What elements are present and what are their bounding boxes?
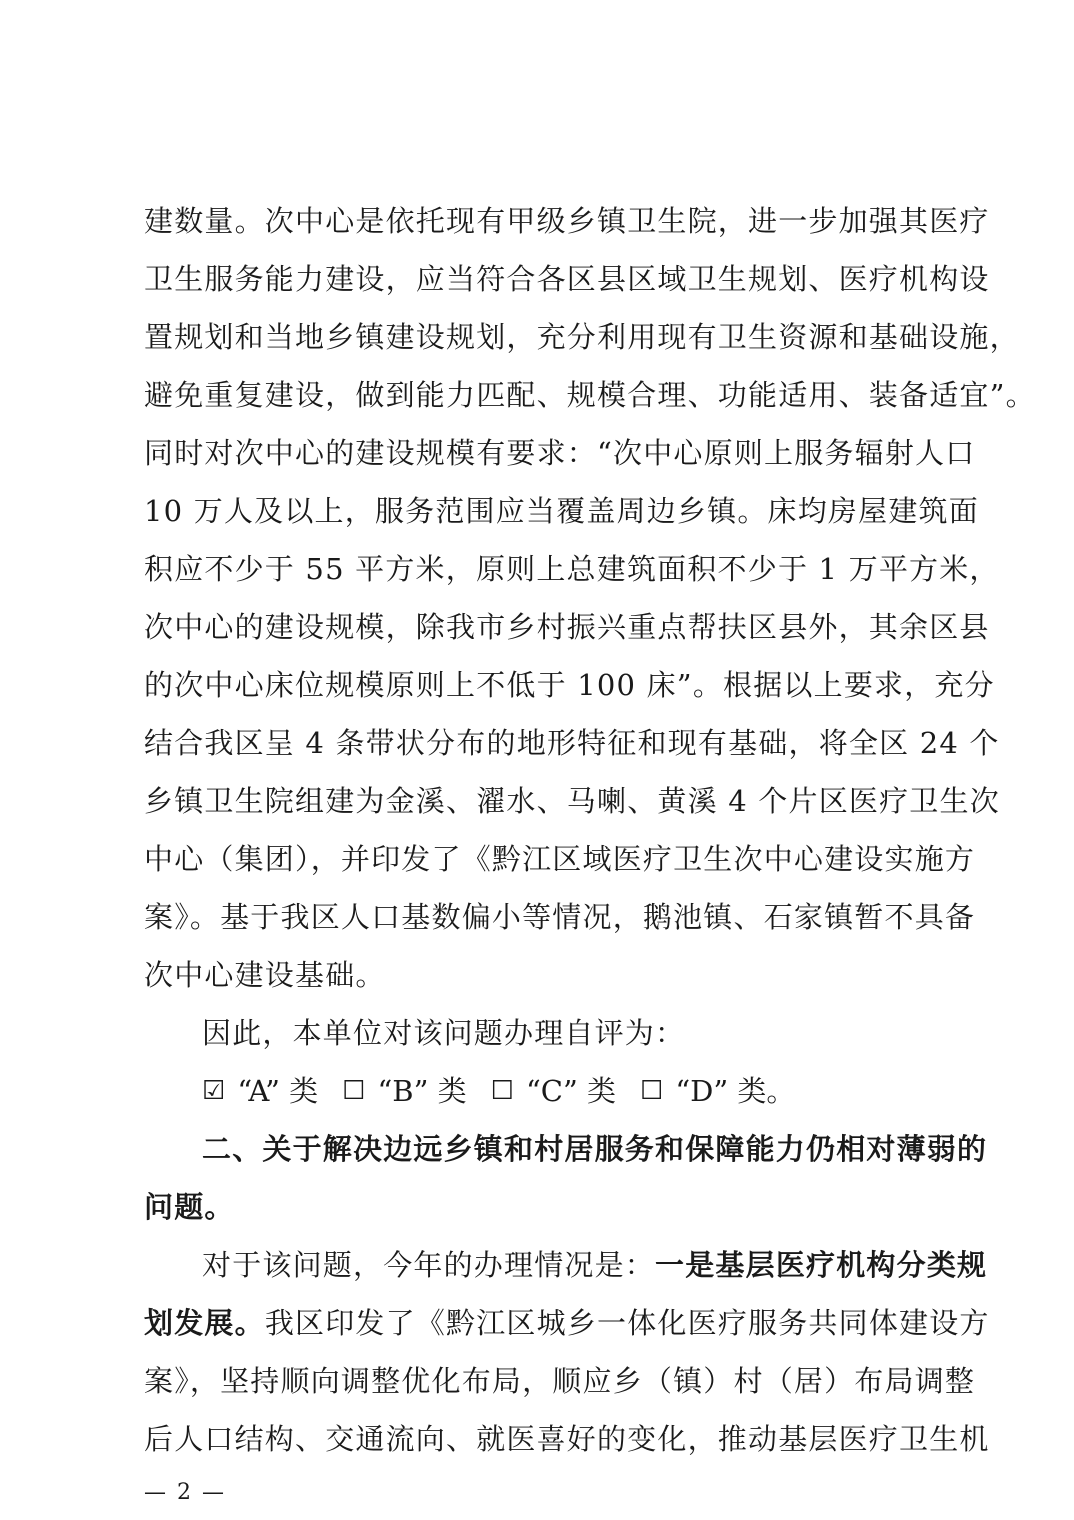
para2-line2: 划发展。我区印发了《黔江区城乡一体化医疗服务共同体建设方 <box>144 1303 944 1343</box>
section-heading: 二、关于解决边远乡镇和村居服务和保障能力仍相对薄弱的 <box>202 1129 944 1169</box>
body-line: 建数量。次中心是依托现有甲级乡镇卫生院，进一步加强其医疗 <box>144 201 944 241</box>
body-line: 同时对次中心的建设规模有要求：“次中心原则上服务辐射人口 <box>144 433 944 473</box>
body-line: 10 万人及以上，服务范围应当覆盖周边乡镇。床均房屋建筑面 <box>144 491 944 531</box>
para2-bold-text: 划发展。 <box>144 1306 265 1340</box>
body-line: 案》，坚持顺向调整优化布局，顺应乡（镇）村（居）布局调整 <box>144 1361 944 1401</box>
checkbox-checked-icon[interactable]: ☑ <box>202 1071 225 1111</box>
section-heading-cont: 问题。 <box>144 1187 944 1227</box>
body-line: 后人口结构、交通流向、就医喜好的变化，推动基层医疗卫生机 <box>144 1419 944 1459</box>
body-line: 乡镇卫生院组建为金溪、濯水、马喇、黄溪 4 个片区医疗卫生次 <box>144 781 944 821</box>
para2-bold-text: 一是基层医疗机构分类规 <box>655 1248 987 1282</box>
rating-b-label: “B” 类 <box>377 1071 466 1111</box>
checkbox-empty-icon[interactable]: ☐ <box>342 1071 365 1111</box>
rating-options: ☑ “A” 类 ☐ “B” 类 ☐ “C” 类 ☐ “D” 类。 <box>202 1071 944 1111</box>
checkbox-empty-icon[interactable]: ☐ <box>491 1071 514 1111</box>
self-eval-intro: 因此，本单位对该问题办理自评为： <box>202 1013 944 1053</box>
body-line: 积应不少于 55 平方米，原则上总建筑面积不少于 1 万平方米， <box>144 549 944 589</box>
body-line: 次中心建设基础。 <box>144 955 944 995</box>
body-line: 次中心的建设规模，除我市乡村振兴重点帮扶区县外，其余区县 <box>144 607 944 647</box>
body-line: 置规划和当地乡镇建设规划，充分利用现有卫生资源和基础设施， <box>144 317 944 357</box>
rating-a-label: “A” 类 <box>237 1071 318 1111</box>
rating-c-label: “C” 类 <box>526 1071 616 1111</box>
body-line: 避免重复建设，做到能力匹配、规模合理、功能适用、装备适宜”。 <box>144 375 944 415</box>
body-line: 的次中心床位规模原则上不低于 100 床”。根据以上要求，充分 <box>144 665 944 705</box>
body-line: 结合我区呈 4 条带状分布的地形特征和现有基础，将全区 24 个 <box>144 723 944 763</box>
para2-text: 对于该问题，今年的办理情况是： <box>202 1248 655 1282</box>
body-line: 案》。基于我区人口基数偏小等情况，鹅池镇、石家镇暂不具备 <box>144 897 944 937</box>
para2-text: 我区印发了《黔江区城乡一体化医疗服务共同体建设方 <box>265 1306 990 1340</box>
page-number: — 2 — <box>144 1480 226 1505</box>
document-page: 建数量。次中心是依托现有甲级乡镇卫生院，进一步加强其医疗 卫生服务能力建设，应当… <box>0 0 1074 1520</box>
rating-d-label: “D” 类。 <box>675 1071 795 1111</box>
body-line: 中心（集团），并印发了《黔江区域医疗卫生次中心建设实施方 <box>144 839 944 879</box>
para2-line1: 对于该问题，今年的办理情况是：一是基层医疗机构分类规 <box>202 1245 944 1285</box>
body-line: 卫生服务能力建设，应当符合各区县区域卫生规划、医疗机构设 <box>144 259 944 299</box>
checkbox-empty-icon[interactable]: ☐ <box>640 1071 663 1111</box>
